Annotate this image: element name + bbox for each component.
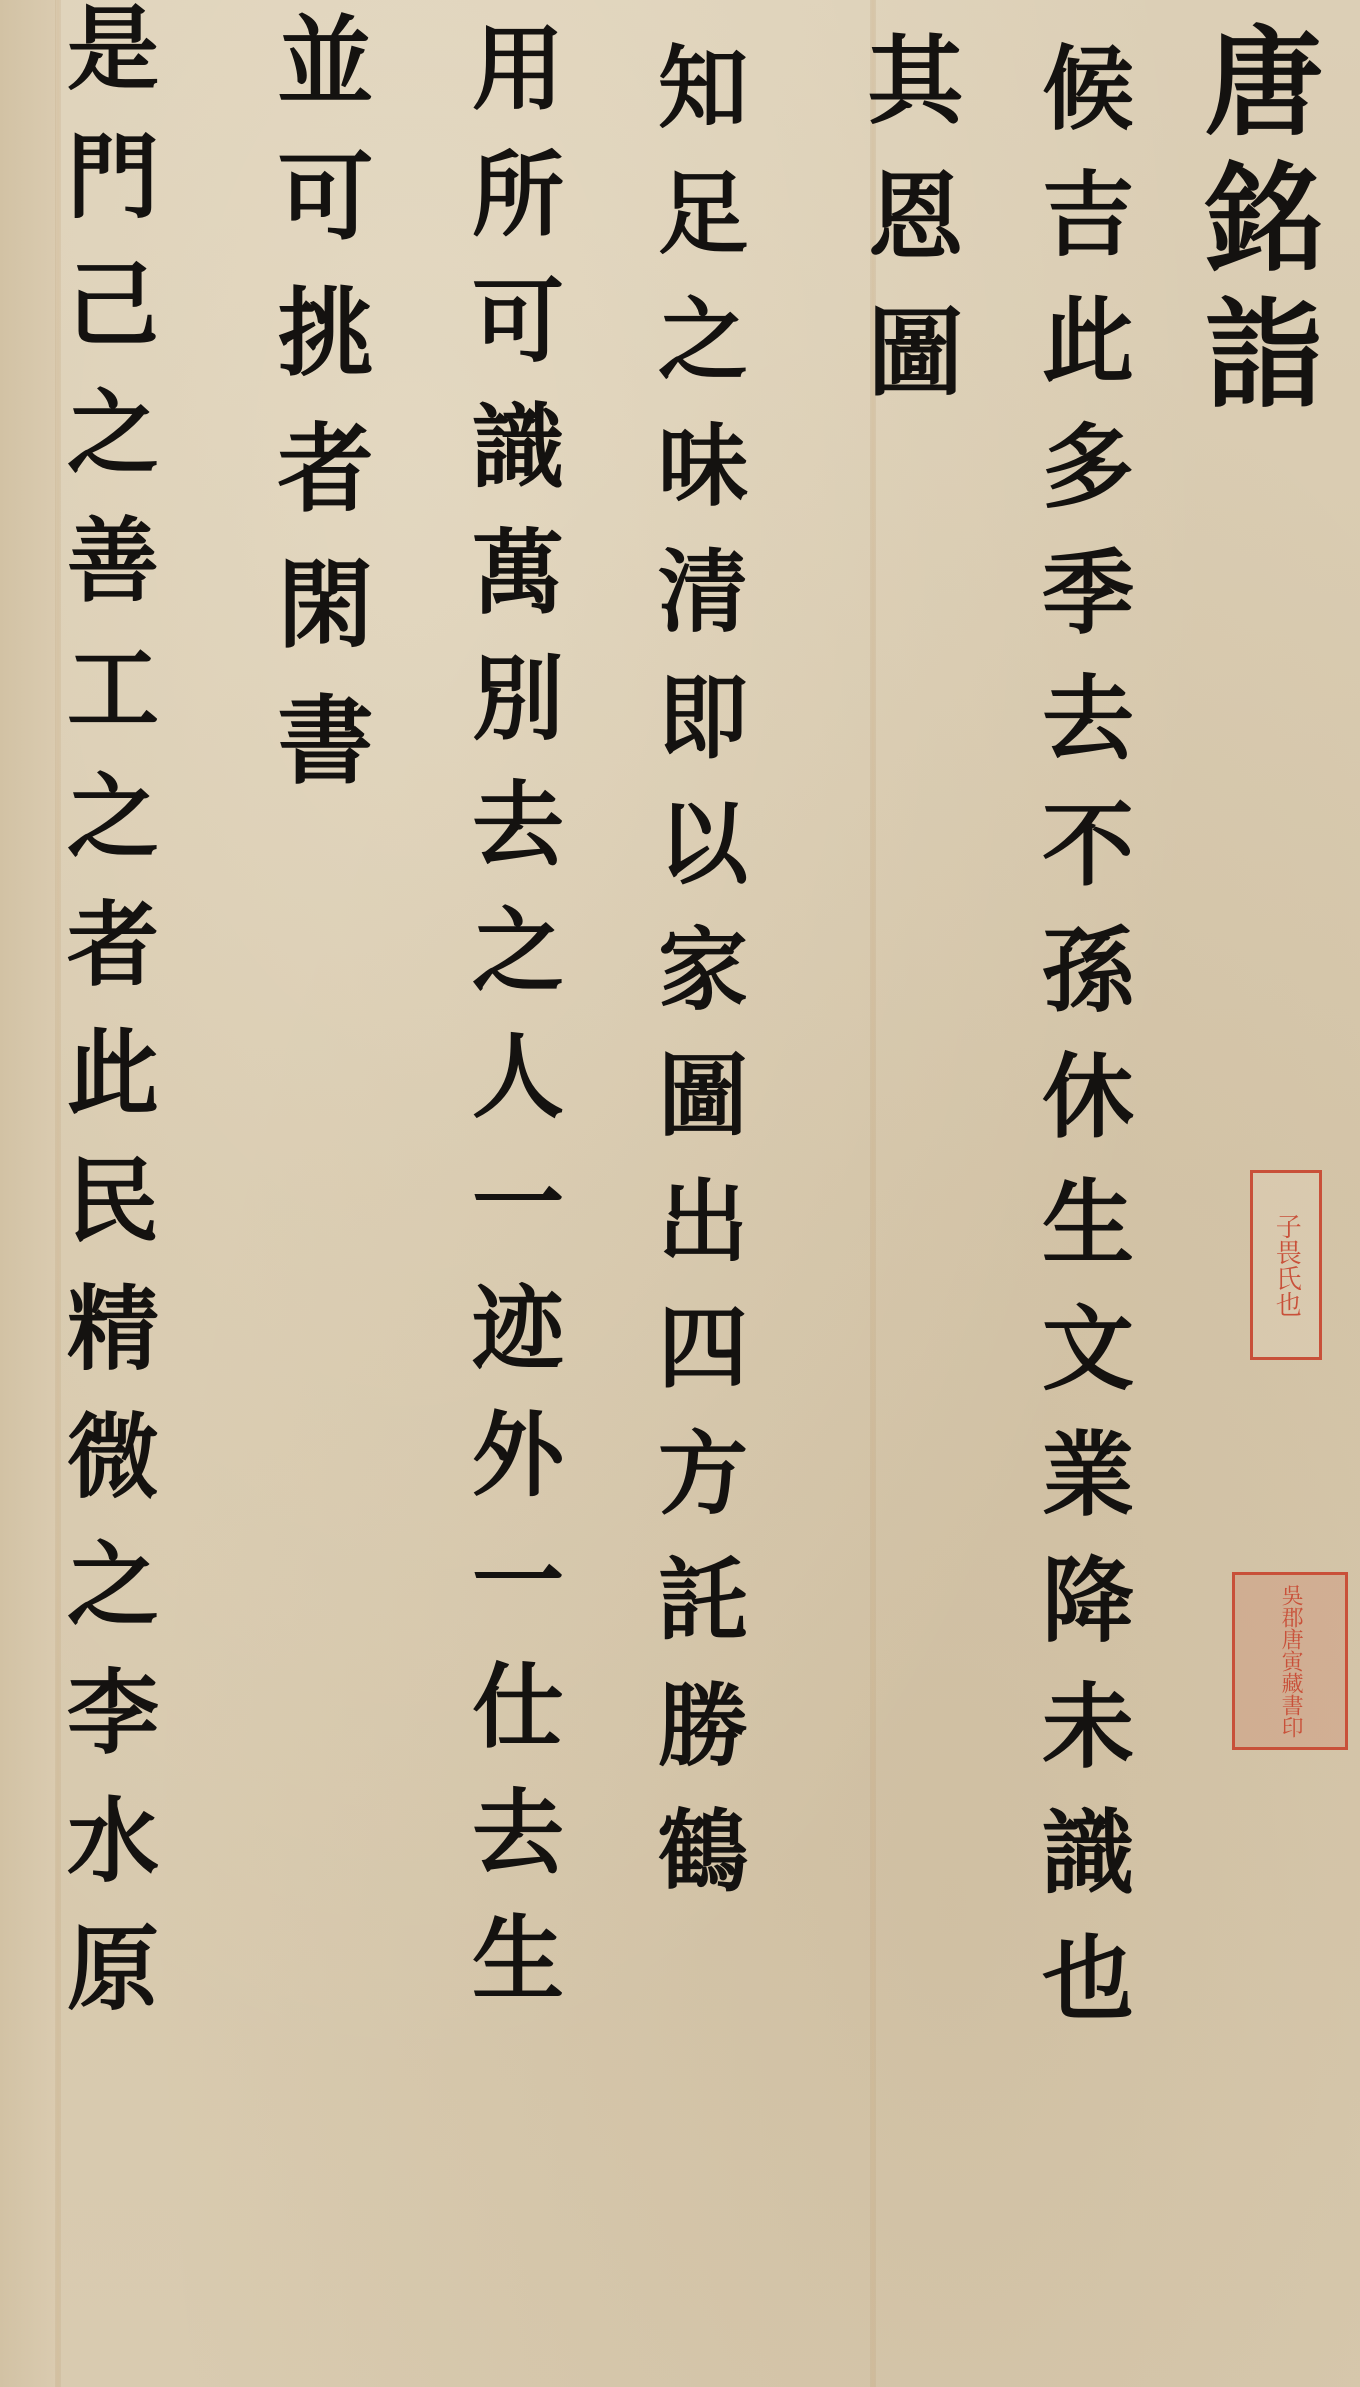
column-3: 其恩圖 xyxy=(860,30,956,438)
column-1-heading: 唐銘詣 xyxy=(1195,20,1313,428)
seal-outline: 子畏氏也 xyxy=(1250,1170,1322,1360)
column-2: 候吉此多季去不孫休生文業降未識也 xyxy=(1035,40,1127,2056)
column-5: 用所可識萬別去之人一迹外一仕去生 xyxy=(465,20,557,2036)
column-6: 並可挑者閑書 xyxy=(270,10,366,826)
column-7: 是門己之善工之者此民精微之李水原 xyxy=(60,0,152,2048)
left-mount-edge xyxy=(0,0,56,2387)
seal-collector: 吳郡唐寅藏書印 xyxy=(1232,1572,1348,1750)
column-4: 知足之味清即以家圖出四方託勝鶴 xyxy=(650,40,740,1930)
